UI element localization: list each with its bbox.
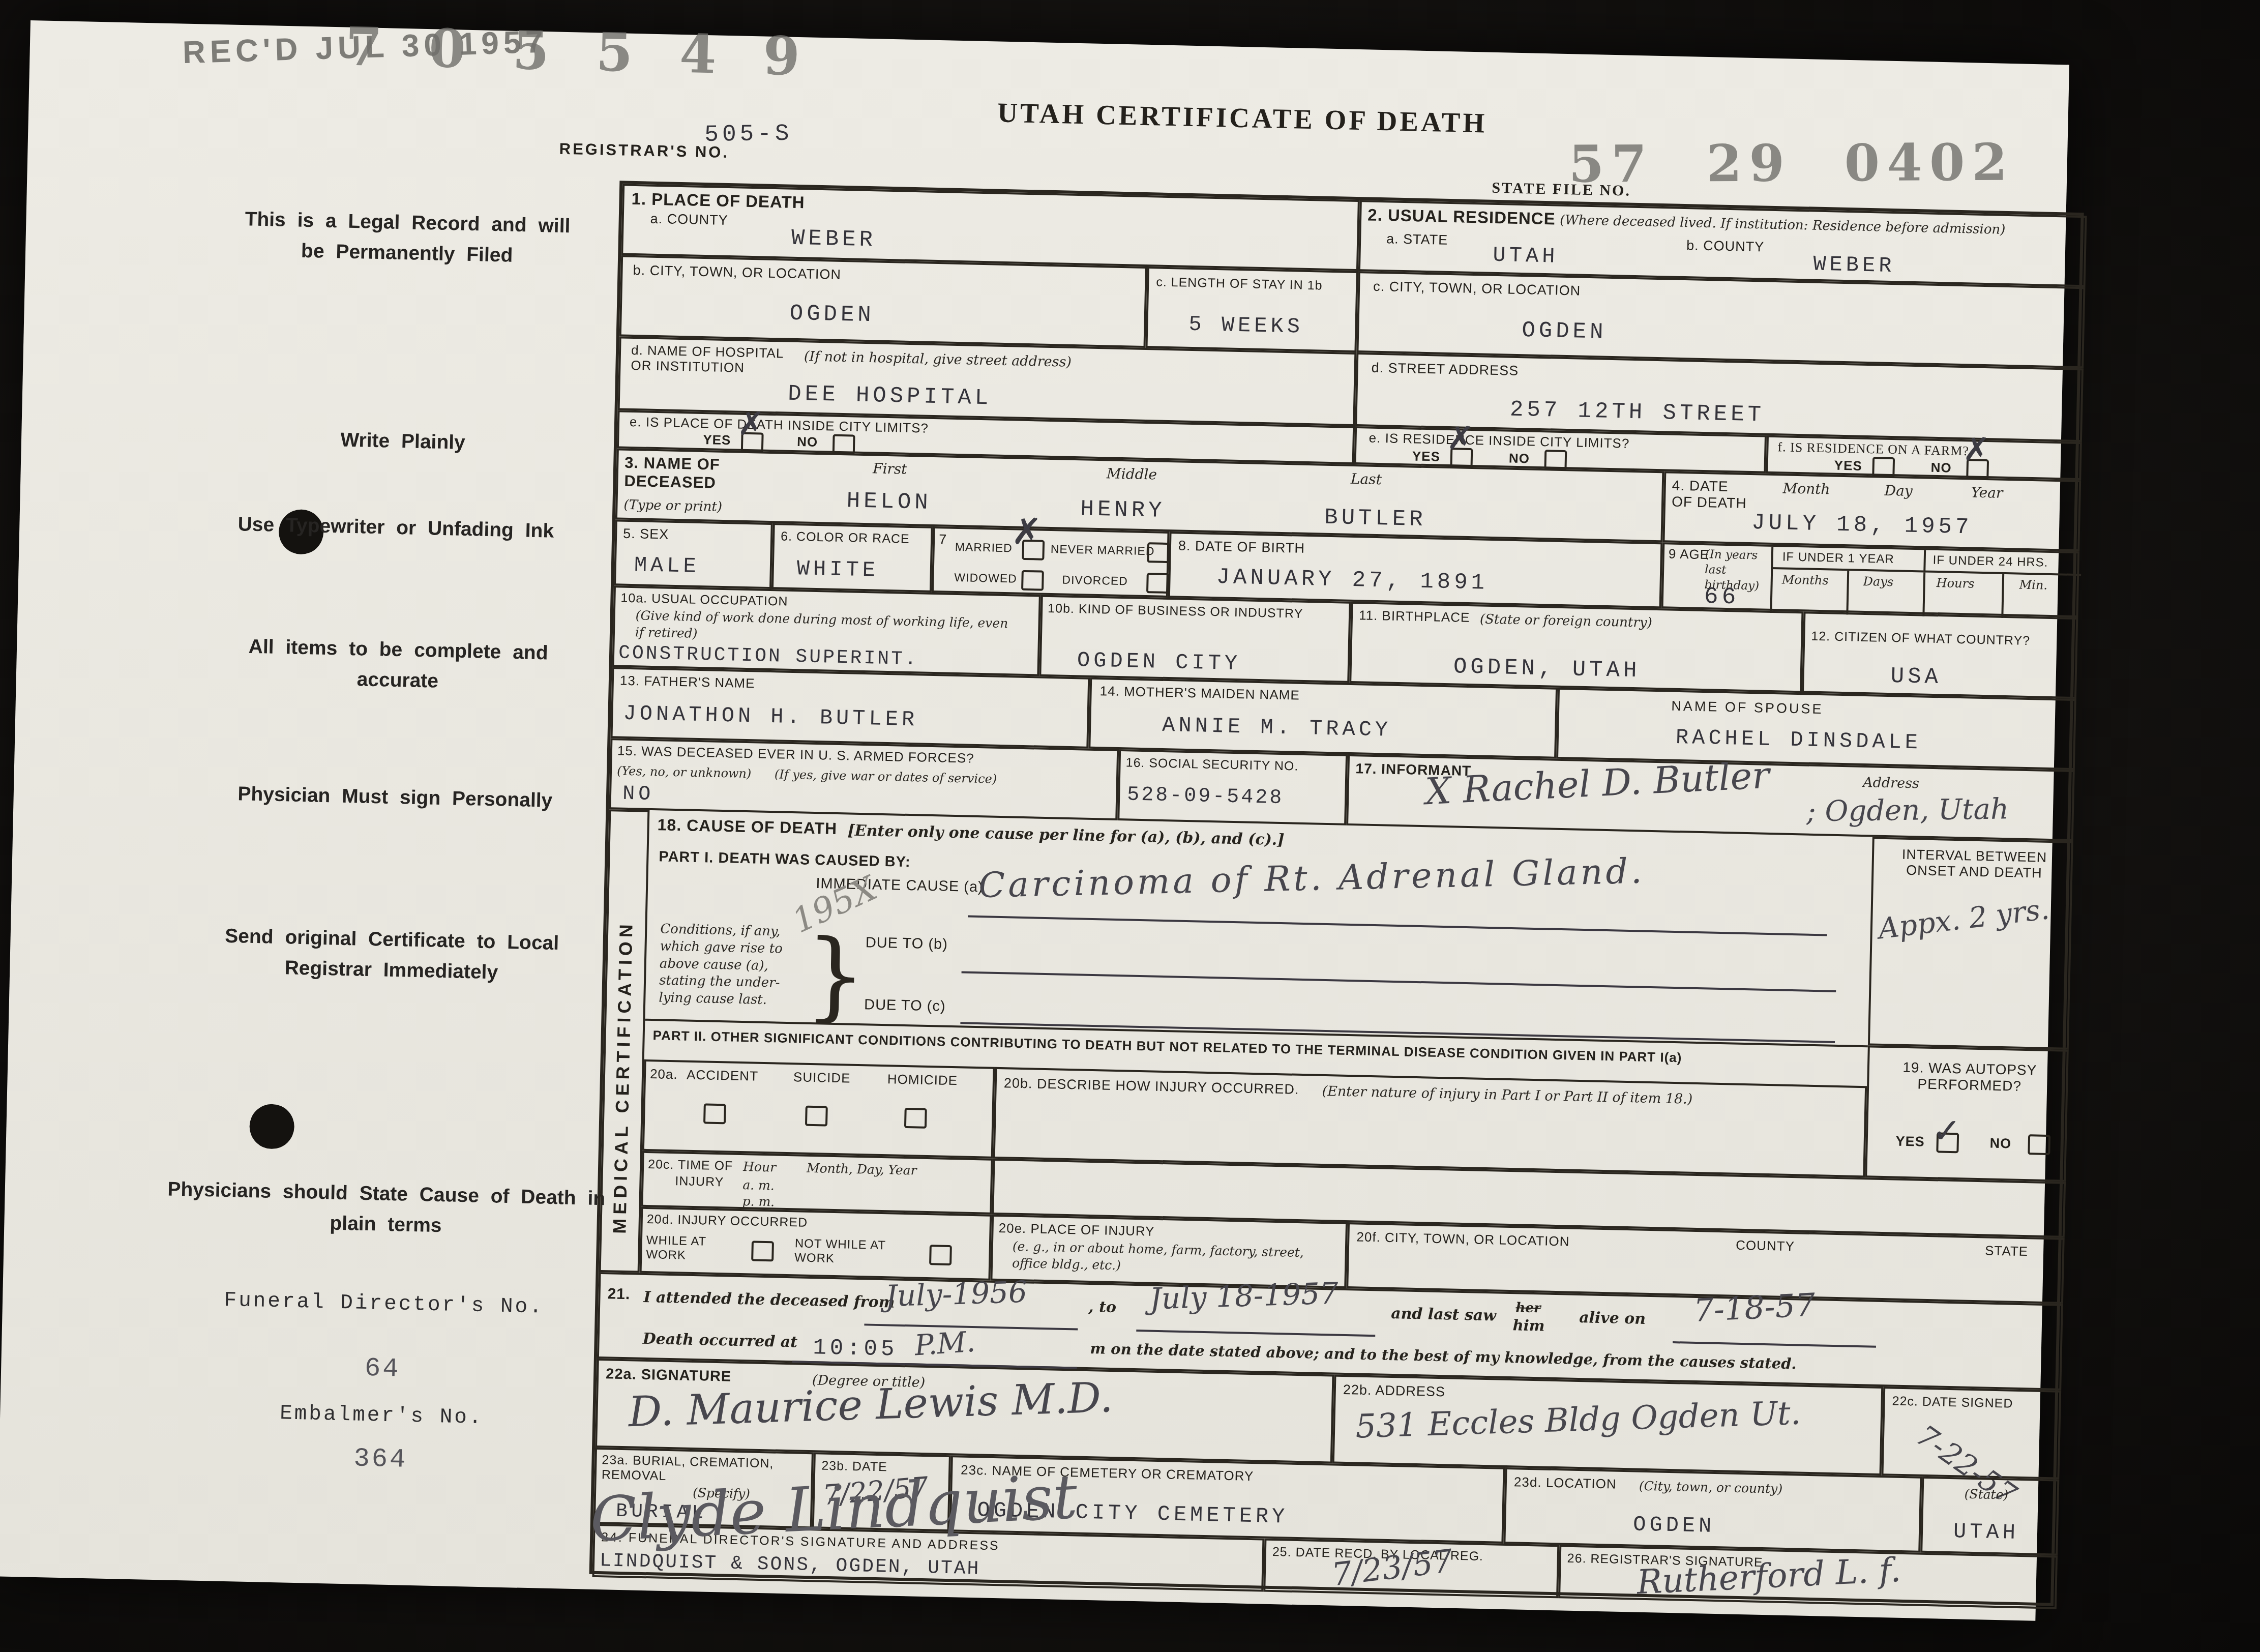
residence-on-farm-yes-checkbox bbox=[1872, 457, 1895, 478]
suicide-checkbox bbox=[805, 1106, 828, 1127]
burial-location-label: 23d. LOCATION bbox=[1514, 1474, 1617, 1492]
field-23-state: (State) UTAH bbox=[1920, 1477, 2059, 1556]
death-time-script: P.M. bbox=[914, 1328, 976, 1361]
due-to-c-label: DUE TO (c) bbox=[864, 996, 946, 1015]
place-inside-city-no-checkbox bbox=[832, 434, 855, 455]
ssn-label: 16. SOCIAL SECURITY NO. bbox=[1125, 755, 1298, 774]
field-22b-address: 22b. ADDRESS 531 Eccles Bldg Ogden Ut. bbox=[1332, 1375, 1884, 1476]
min-label: Min. bbox=[2019, 578, 2047, 593]
field-25-date-received: 25. DATE RECD. BY LOCAL REG. 7/23/57 bbox=[1263, 1539, 1559, 1599]
embalmer-no-label: Embalmer's No. bbox=[168, 1397, 596, 1436]
conditions-brace: } bbox=[804, 917, 868, 1035]
if-under-1-year-label: IF UNDER 1 YEAR bbox=[1782, 550, 1894, 566]
field-22a-signature: 22a. SIGNATURE (Degree or title) D. Maur… bbox=[595, 1359, 1334, 1464]
sex-label: 5. SEX bbox=[623, 526, 669, 543]
place-inside-city-label: e. IS PLACE OF DEATH INSIDE CITY LIMITS? bbox=[630, 415, 929, 436]
residence-inside-city-no: NO bbox=[1509, 451, 1530, 467]
never-married-checkbox bbox=[1147, 542, 1170, 563]
hours-label: Hours bbox=[1936, 576, 1974, 591]
type-or-print-hint: (Type or print) bbox=[623, 497, 722, 515]
armed-forces-hint1: (Yes, no, or unknown) bbox=[617, 764, 752, 782]
field-18-part1: PART I. DEATH WAS CAUSED BY: IMMEDIATE C… bbox=[645, 848, 1871, 1045]
field-10b-business: 10b. KIND OF BUSINESS OR INDUSTRY OGDEN … bbox=[1039, 595, 1351, 683]
state-file-no-stamp: 57 29 0402 bbox=[1568, 137, 2014, 190]
spouse-label: NAME OF SPOUSE bbox=[1671, 698, 1824, 718]
length-of-stay-value: 5 WEEKS bbox=[1188, 313, 1303, 339]
autopsy-yes-mark: ✓ bbox=[1932, 1114, 1961, 1149]
field-22c-date-signed: 22c. DATE SIGNED 7-22-57 bbox=[1881, 1386, 2061, 1480]
time-of-injury-label: 20c. TIME OF bbox=[648, 1157, 733, 1173]
hospital-value: DEE HOSPITAL bbox=[788, 382, 992, 411]
conditions-note: Conditions, if any, which gave rise to a… bbox=[659, 921, 803, 1010]
widowed-checkbox bbox=[1021, 570, 1044, 591]
business-value: OGDEN CITY bbox=[1077, 648, 1241, 675]
city-value: OGDEN bbox=[789, 302, 875, 328]
describe-injury-hint: (Enter nature of injury in Part I or Par… bbox=[1322, 1083, 1692, 1108]
accident-label: ACCIDENT bbox=[687, 1068, 759, 1084]
cause-a-value: Carcinoma of Rt. Adrenal Gland. bbox=[978, 854, 1646, 903]
father-value: JONATHON H. BUTLER bbox=[623, 702, 918, 732]
field-7-marital-status: 7 MARRIED ✗ NEVER MARRIED WIDOWED DIVORC… bbox=[932, 526, 1170, 598]
occupation-hint: (Give kind of work done during most of w… bbox=[635, 607, 1012, 648]
physician-address-value: 531 Eccles Bldg Ogden Ut. bbox=[1355, 1397, 1801, 1443]
place-inside-city-yes-mark: ✗ bbox=[737, 408, 765, 441]
cause-of-death-label: 18. CAUSE OF DEATH bbox=[657, 815, 837, 838]
color-or-race-label: 6. COLOR OR RACE bbox=[781, 529, 910, 546]
armed-forces-label: 15. WAS DECEASED EVER IN U. S. ARMED FOR… bbox=[617, 744, 974, 766]
last-name-label: Last bbox=[1351, 470, 1382, 488]
hospital-label: d. NAME OF HOSPITAL OR INSTITUTION bbox=[631, 343, 784, 376]
first-name-value: HELON bbox=[846, 489, 932, 515]
funeral-director-no-value: 64 bbox=[169, 1346, 597, 1393]
funeral-director-no-label: Funeral Director's No. bbox=[170, 1285, 598, 1324]
while-at-work-checkbox bbox=[751, 1241, 774, 1262]
married-mark: ✗ bbox=[1011, 513, 1043, 550]
signature-label: 22a. SIGNATURE bbox=[606, 1366, 732, 1385]
while-at-work-label: WHILE AT WORK bbox=[646, 1233, 743, 1263]
mother-value: ANNIE M. TRACY bbox=[1162, 714, 1392, 742]
months-label: Months bbox=[1782, 572, 1829, 588]
month-day-year-label: Month, Day, Year bbox=[807, 1161, 917, 1178]
margin-note-physician-sign: Physician Must sign Personally bbox=[217, 778, 573, 817]
sex-value: MALE bbox=[634, 553, 700, 578]
occupation-value: CONSTRUCTION SUPERINT. bbox=[618, 643, 918, 671]
date-of-death-value: JULY 18, 1957 bbox=[1751, 511, 1973, 540]
attended-num: 21. bbox=[607, 1285, 630, 1303]
field-4-date-of-death: 4. DATE OF DEATH Month Day Year JULY 18,… bbox=[1662, 471, 2081, 551]
days-label: Days bbox=[1863, 574, 1893, 589]
physician-address-label: 22b. ADDRESS bbox=[1343, 1382, 1446, 1400]
suicide-label: SUICIDE bbox=[793, 1070, 851, 1086]
marital-num: 7 bbox=[939, 532, 947, 547]
residence-county-value: WEBER bbox=[1813, 253, 1895, 278]
autopsy-no-checkbox bbox=[2028, 1134, 2050, 1155]
middle-name-value: HENRY bbox=[1080, 497, 1166, 523]
year-label: Year bbox=[1971, 484, 2003, 501]
city-label: b. CITY, TOWN, OR LOCATION bbox=[633, 262, 841, 283]
not-while-at-work-label: NOT WHILE AT WORK bbox=[794, 1236, 912, 1267]
attended-from-value: July-1956 bbox=[885, 1277, 1028, 1311]
homicide-checkbox bbox=[904, 1108, 927, 1129]
residence-inside-city-label: e. IS RESIDENCE INSIDE CITY LIMITS? bbox=[1369, 431, 1629, 452]
residence-on-farm-no-mark: ✗ bbox=[1962, 433, 1990, 466]
if-under-24-hrs-cell: IF UNDER 24 HRS. bbox=[1923, 550, 2081, 576]
registrar-no-value: 505-S bbox=[704, 121, 793, 148]
certificate-paper: REC'D JUL 30 1957 705549 REGISTRAR'S NO.… bbox=[0, 20, 2069, 1621]
field-15-armed-forces: 15. WAS DECEASED EVER IN U. S. ARMED FOR… bbox=[609, 738, 1119, 820]
death-time-typed: 10:05 bbox=[813, 1336, 898, 1362]
residence-inside-city-no-checkbox bbox=[1544, 450, 1567, 470]
certificate-number-stamp: 705549 bbox=[345, 20, 847, 84]
punch-hole-bottom bbox=[249, 1104, 295, 1149]
field-16-ssn: 16. SOCIAL SECURITY NO. 528-09-5428 bbox=[1117, 749, 1348, 825]
name-of-deceased-label: 3. NAME OF DECEASED bbox=[624, 454, 747, 492]
field-19-autopsy: 19. WAS AUTOPSY PERFORMED? YES ✓ NO bbox=[1865, 1045, 2069, 1182]
injury-county-label: COUNTY bbox=[1736, 1238, 1795, 1254]
field-5-sex: 5. SEX MALE bbox=[614, 519, 773, 589]
business-label: 10b. KIND OF BUSINESS OR INDUSTRY bbox=[1048, 601, 1343, 622]
burial-state-value: UTAH bbox=[1953, 1520, 2019, 1545]
death-occurred-label: Death occurred at bbox=[642, 1330, 797, 1351]
armed-forces-hint2: (If yes, give war or dates of service) bbox=[775, 767, 997, 786]
birthplace-value: OGDEN, UTAH bbox=[1453, 655, 1640, 683]
usual-residence-title: 2. USUAL RESIDENCE bbox=[1367, 205, 1556, 228]
interval-label: INTERVAL BETWEEN ONSET AND DEATH bbox=[1886, 846, 2062, 882]
mother-label: 14. MOTHER'S MAIDEN NAME bbox=[1099, 684, 1300, 703]
embalmer-no-value: 364 bbox=[167, 1437, 594, 1483]
hour-label: Hour bbox=[743, 1159, 777, 1175]
time-of-injury-label2: INJURY bbox=[675, 1174, 724, 1190]
attended-alive-on: alive on bbox=[1579, 1309, 1646, 1328]
place-inside-city-yes: YES bbox=[703, 432, 731, 448]
place-of-injury-label: 20e. PLACE OF INJURY bbox=[998, 1221, 1155, 1240]
hours-cell: Hours bbox=[1922, 572, 2002, 617]
day-label: Day bbox=[1884, 482, 1913, 500]
divorced-checkbox bbox=[1146, 573, 1169, 594]
field-20a-manner: 20a. ACCIDENT SUICIDE HOMICIDE bbox=[642, 1059, 995, 1159]
field-10a-occupation: 10a. USUAL OCCUPATION (Give kind of work… bbox=[612, 585, 1041, 676]
autopsy-no: NO bbox=[1989, 1136, 2011, 1152]
birthplace-label: 11. BIRTHPLACE bbox=[1359, 608, 1470, 626]
field-spouse: NAME OF SPOUSE RACHEL DINSDALE bbox=[1556, 688, 2076, 770]
occupation-label: 10a. USUAL OCCUPATION bbox=[620, 591, 788, 609]
date-of-birth-value: JANUARY 27, 1891 bbox=[1216, 565, 1488, 596]
field-1b-city: b. CITY, TOWN, OR LOCATION OGDEN bbox=[619, 255, 1147, 348]
autopsy-yes: YES bbox=[1895, 1134, 1925, 1150]
date-of-birth-label: 8. DATE OF BIRTH bbox=[1178, 538, 1305, 556]
margin-note-write-plainly: Write Plainly bbox=[225, 423, 581, 461]
field-9-age: 9 AGE (In years last birthday) 66 IF UND… bbox=[1661, 542, 2080, 617]
citizen-value: USA bbox=[1890, 664, 1942, 690]
field-23d-location: 23d. LOCATION (City, town, or county) OG… bbox=[1503, 1467, 1922, 1553]
residence-county-label: b. COUNTY bbox=[1686, 238, 1765, 255]
certificate-title: UTAH CERTIFICATE OF DEATH bbox=[997, 97, 1488, 139]
cause-of-death-bracket: [Enter only one cause per line for (a), … bbox=[847, 821, 1285, 849]
residence-inside-city-yes: YES bbox=[1412, 449, 1441, 464]
scan-background: REC'D JUL 30 1957 705549 REGISTRAR'S NO.… bbox=[0, 0, 2260, 1652]
hospital-hint: (If not in hospital, give street address… bbox=[804, 348, 1072, 371]
informant-address-label: Address bbox=[1863, 775, 1919, 792]
informant-signature: X Rachel D. Butler bbox=[1424, 757, 1770, 810]
field-14-mother: 14. MOTHER'S MAIDEN NAME ANNIE M. TRACY bbox=[1088, 677, 1558, 759]
spouse-value: RACHEL DINSDALE bbox=[1676, 726, 1922, 755]
margin-note-plain-terms: Physicians should State Cause of Death i… bbox=[162, 1174, 610, 1245]
cause-a-line bbox=[968, 916, 1827, 936]
if-under-24-hrs-label: IF UNDER 24 HRS. bbox=[1932, 553, 2048, 570]
month-label: Month bbox=[1782, 480, 1830, 498]
injury-occurred-label: 20d. INJURY OCCURRED bbox=[647, 1212, 808, 1230]
attended-him: him bbox=[1512, 1316, 1545, 1334]
residence-state-value: UTAH bbox=[1493, 244, 1559, 269]
attended-to-line bbox=[1136, 1330, 1375, 1337]
date-signed-label: 22c. DATE SIGNED bbox=[1892, 1394, 2013, 1411]
injury-state-label: STATE bbox=[1985, 1243, 2029, 1259]
funeral-director-typed: LINDQUIST & SONS, OGDEN, UTAH bbox=[600, 1550, 980, 1580]
field-8-date-of-birth: 8. DATE OF BIRTH JANUARY 27, 1891 bbox=[1168, 532, 1663, 608]
months-cell: Months bbox=[1770, 569, 1847, 614]
age-label: 9 AGE bbox=[1669, 547, 1710, 563]
attended-to-value: July 18-1957 bbox=[1149, 1278, 1339, 1313]
accident-checkbox bbox=[703, 1103, 726, 1124]
am-label: a. m. bbox=[742, 1177, 775, 1193]
residence-city-value: OGDEN bbox=[1522, 318, 1607, 345]
field-2c-residence-city: c. CITY, TOWN, OR LOCATION OGDEN bbox=[1356, 271, 2085, 368]
place-of-death-title: 1. PLACE OF DEATH bbox=[631, 189, 805, 212]
due-to-b-line bbox=[962, 971, 1836, 992]
attended-last-line bbox=[1673, 1341, 1876, 1348]
if-under-1-year-cell: IF UNDER 1 YEAR bbox=[1771, 547, 1924, 573]
county-value: WEBER bbox=[791, 226, 876, 253]
describe-injury-label: 20b. DESCRIBE HOW INJURY OCCURRED. bbox=[1004, 1075, 1299, 1098]
residence-city-label: c. CITY, TOWN, OR LOCATION bbox=[1373, 279, 1581, 299]
never-married-label: NEVER MARRIED bbox=[1051, 542, 1155, 558]
last-name-value: BUTLER bbox=[1324, 506, 1426, 533]
field-20d-injury-occurred: 20d. INJURY OCCURRED WHILE AT WORK NOT W… bbox=[640, 1207, 992, 1281]
birthplace-hint: (State or foreign country) bbox=[1480, 611, 1652, 631]
days-cell: Days bbox=[1846, 571, 1923, 616]
age-value: 66 bbox=[1704, 584, 1740, 610]
color-or-race-value: WHITE bbox=[796, 557, 879, 582]
not-while-at-work-checkbox bbox=[929, 1245, 952, 1265]
divorced-label: DIVORCED bbox=[1062, 573, 1128, 588]
due-to-b-label: DUE TO (b) bbox=[865, 934, 948, 953]
widowed-label: WIDOWED bbox=[954, 571, 1017, 585]
residence-on-farm-no: NO bbox=[1930, 460, 1952, 476]
margin-note-complete: All items to be complete and accurate bbox=[219, 631, 576, 700]
injury-city-label: 20f. CITY, TOWN, OR LOCATION bbox=[1356, 1229, 1570, 1249]
field-20c-time-of-injury: 20c. TIME OF INJURY Hour Month, Day, Yea… bbox=[641, 1151, 993, 1215]
field-2f-residence-on-farm: f. IS RESIDENCE ON A FARM? YES NO ✗ bbox=[1766, 435, 2081, 481]
citizen-label: 12. CITIZEN OF WHAT COUNTRY? bbox=[1811, 629, 2030, 648]
married-label: MARRIED bbox=[955, 540, 1013, 555]
middle-name-label: Middle bbox=[1107, 465, 1157, 483]
street-address-label: d. STREET ADDRESS bbox=[1371, 360, 1519, 379]
field-12-citizen: 12. CITIZEN OF WHAT COUNTRY? USA bbox=[1802, 611, 2078, 699]
burial-location-value: OGDEN bbox=[1633, 1513, 1715, 1538]
burial-location-hint: (City, town, or county) bbox=[1639, 1479, 1783, 1497]
manner-num: 20a. bbox=[650, 1067, 678, 1082]
interval-value: Appx. 2 yrs. bbox=[1877, 895, 2051, 943]
father-label: 13. FATHER'S NAME bbox=[620, 673, 755, 692]
medical-certification-label: MEDICAL CERTIFICATION bbox=[609, 858, 638, 1234]
attended-last-date: 7-18-57 bbox=[1693, 1289, 1816, 1326]
county-label: a. COUNTY bbox=[650, 211, 728, 228]
ssn-value: 528-09-5428 bbox=[1127, 784, 1284, 810]
length-of-stay-label: c. LENGTH OF STAY IN 1b bbox=[1156, 275, 1323, 293]
date-of-death-label: 4. DATE OF DEATH bbox=[1672, 478, 1753, 512]
attended-post: m on the date stated above; and to the b… bbox=[1090, 1340, 1797, 1372]
field-11-birthplace: 11. BIRTHPLACE (State or foreign country… bbox=[1349, 602, 1803, 693]
informant-address-value: ; Ogden, Utah bbox=[1806, 795, 2009, 826]
attended-pre: I attended the deceased from bbox=[643, 1288, 895, 1312]
first-name-label: First bbox=[873, 460, 907, 478]
residence-on-farm-label: f. IS RESIDENCE ON A FARM? bbox=[1777, 439, 1969, 459]
usual-residence-hint: (Where deceased lived. If institution: R… bbox=[1560, 213, 2006, 238]
margin-note-legal-record: This is a Legal Record and will be Perma… bbox=[229, 204, 586, 273]
burial-state-hint: (State) bbox=[1964, 1487, 2008, 1503]
autopsy-label: 19. WAS AUTOPSY PERFORMED? bbox=[1889, 1059, 2050, 1095]
homicide-label: HOMICIDE bbox=[887, 1072, 958, 1088]
margin-note-typewriter: Use Typewriter or Unfading Ink bbox=[202, 509, 589, 548]
margin-note-send-original: Send original Certificate to Local Regis… bbox=[213, 921, 570, 990]
place-inside-city-no: NO bbox=[797, 434, 818, 450]
field-interval: INTERVAL BETWEEN ONSET AND DEATH Appx. 2… bbox=[1868, 837, 2073, 1050]
place-of-injury-hint: (e. g., in or about home, farm, factory,… bbox=[1012, 1238, 1333, 1279]
field-26-registrar-signature: 26. REGISTRAR'S SIGNATURE Rutherford L. … bbox=[1558, 1545, 2058, 1609]
street-address-value: 257 12TH STREET bbox=[1509, 398, 1765, 428]
attended-to-word: , to bbox=[1088, 1298, 1117, 1316]
pm-label: p. m. bbox=[742, 1194, 775, 1209]
residence-state-label: a. STATE bbox=[1386, 231, 1448, 248]
attended-mid: and last saw bbox=[1391, 1305, 1497, 1325]
attended-struck-word: her bbox=[1515, 1300, 1541, 1316]
field-1c-length-of-stay: c. LENGTH OF STAY IN 1b 5 WEEKS bbox=[1145, 267, 1358, 352]
residence-on-farm-yes: YES bbox=[1834, 458, 1862, 474]
residence-inside-city-yes-mark: ✗ bbox=[1446, 422, 1474, 455]
physician-signature: D. Maurice Lewis M.D. bbox=[628, 1377, 1113, 1433]
field-13-father: 13. FATHER'S NAME JONATHON H. BUTLER bbox=[610, 667, 1090, 748]
certificate-form: 1. PLACE OF DEATH a. COUNTY WEBER 2. USU… bbox=[589, 181, 2084, 1606]
field-6-color-or-race: 6. COLOR OR RACE WHITE bbox=[771, 523, 933, 593]
armed-forces-value: NO bbox=[622, 783, 655, 806]
min-cell: Min. bbox=[2001, 574, 2081, 619]
registrar-no-label: REGISTRAR'S NO. bbox=[559, 140, 729, 162]
